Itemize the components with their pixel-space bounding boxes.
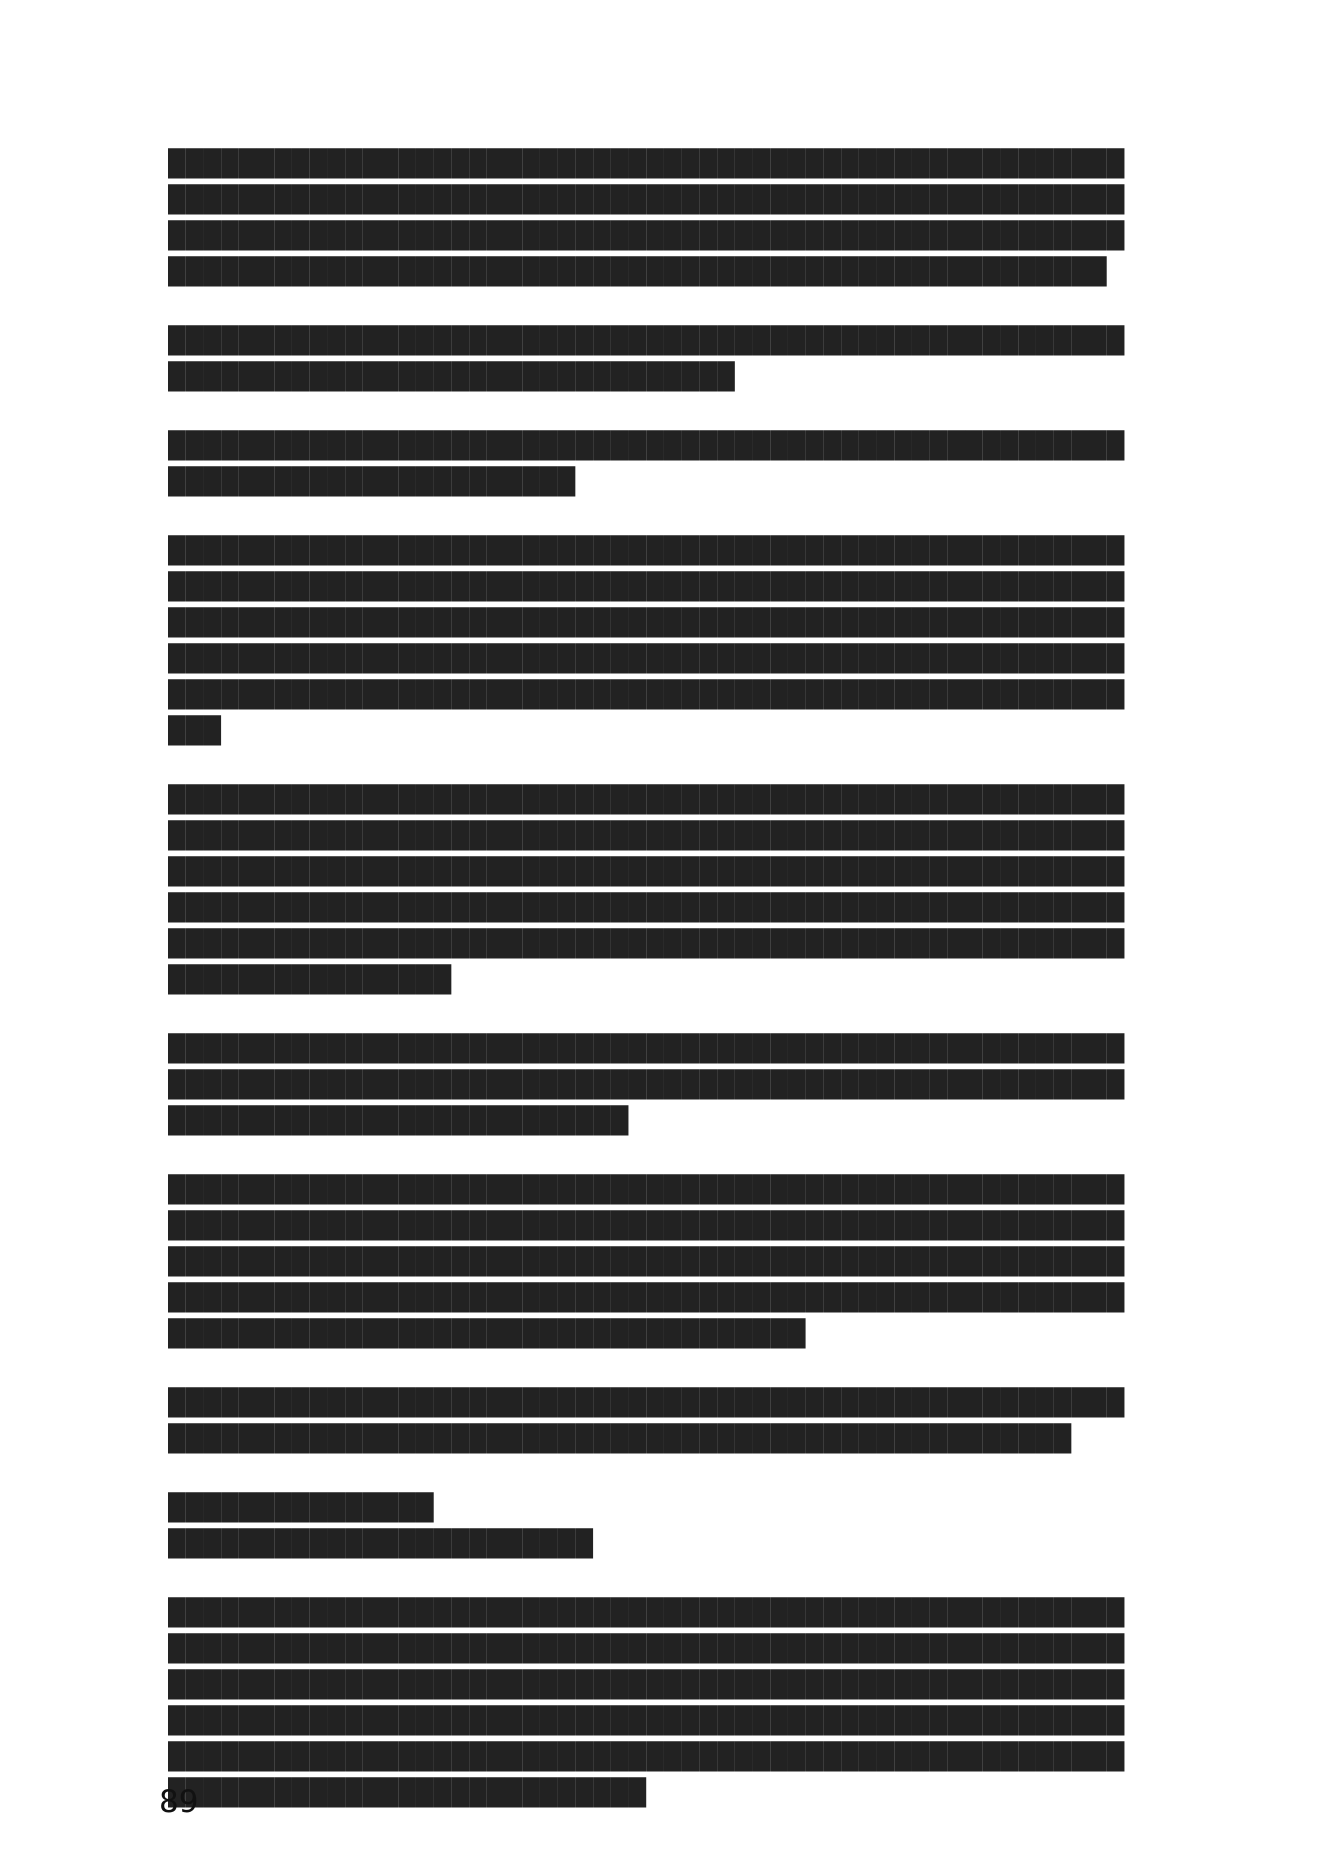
paragraph: ████████████████████████████████████████… xyxy=(168,1031,1126,1139)
paragraph: ████████████████████████████████████████… xyxy=(168,1172,1126,1352)
paragraph: ████████████████████████████████████████… xyxy=(168,533,1126,749)
document-page: ████████████████████████████████████████… xyxy=(0,0,1323,1871)
paragraph-dialogue: ████████████████████████████████████████… xyxy=(168,428,1126,500)
paragraph-dialogue: ███████████████ xyxy=(168,1490,1126,1526)
paragraph-dialogue: ████████████████████████████████████████… xyxy=(168,323,1126,395)
paragraph: ████████████████████████████████████████… xyxy=(168,1385,1126,1457)
paragraph: ████████████████████████████████████████… xyxy=(168,1595,1126,1811)
paragraph: ████████████████████████████████████████… xyxy=(168,146,1126,290)
paragraph: ████████████████████████████████████████… xyxy=(168,782,1126,998)
page-number: 89 xyxy=(159,1787,198,1818)
paragraph-dialogue: ████████████████████████ xyxy=(168,1526,1126,1562)
page-body-text: ████████████████████████████████████████… xyxy=(168,146,1126,1811)
